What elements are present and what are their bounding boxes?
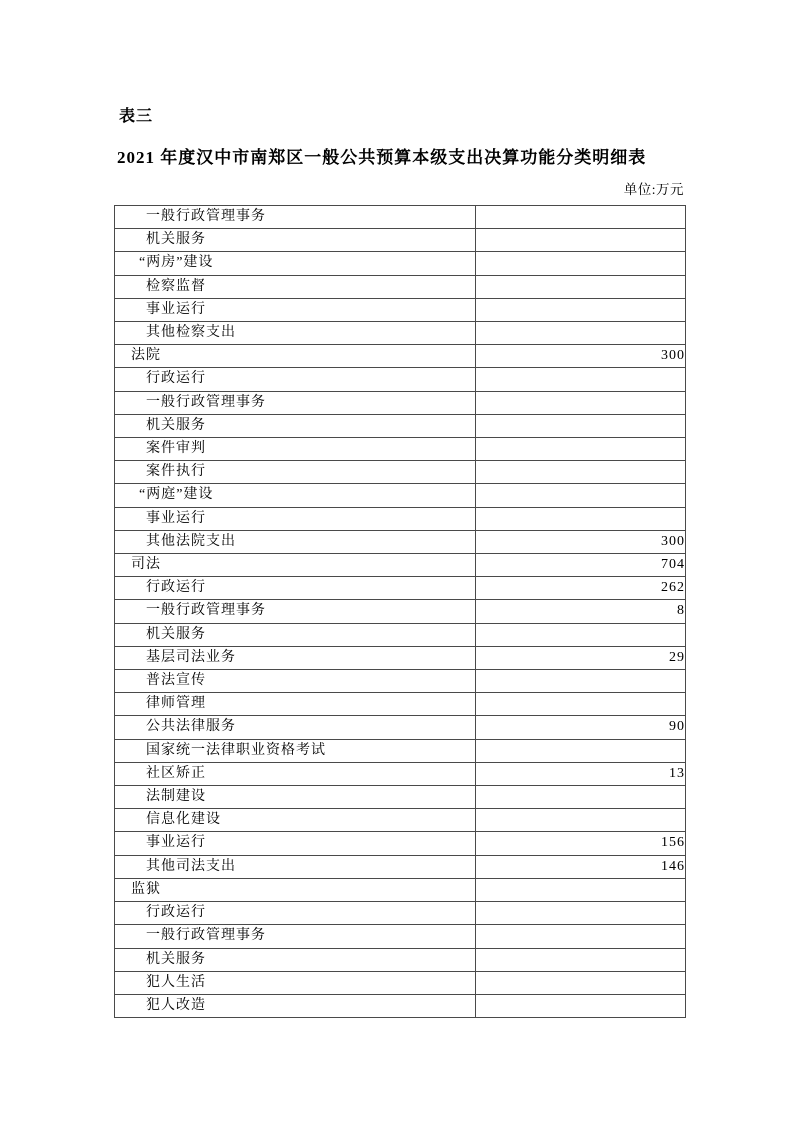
table-row: 机关服务 — [115, 948, 686, 971]
row-label: 犯人生活 — [115, 971, 476, 994]
unit-label: 单位:万元 — [114, 178, 684, 198]
row-value: 8 — [476, 600, 686, 623]
row-value: 300 — [476, 345, 686, 368]
row-value — [476, 484, 686, 507]
row-value — [476, 693, 686, 716]
row-value — [476, 368, 686, 391]
row-label: 普法宣传 — [115, 670, 476, 693]
table-row: 事业运行 — [115, 507, 686, 530]
table-row: 检察监督 — [115, 275, 686, 298]
row-label: 其他检察支出 — [115, 322, 476, 345]
row-label: 机关服务 — [115, 414, 476, 437]
row-label: 信息化建设 — [115, 809, 476, 832]
row-value: 262 — [476, 577, 686, 600]
document-page: 表三 2021 年度汉中市南郑区一般公共预算本级支出决算功能分类明细表 单位:万… — [0, 0, 793, 1122]
row-label: “两庭”建设 — [115, 484, 476, 507]
row-value — [476, 878, 686, 901]
table-row: 案件执行 — [115, 461, 686, 484]
table-row: “两庭”建设 — [115, 484, 686, 507]
row-label: 其他法院支出 — [115, 530, 476, 553]
row-value — [476, 438, 686, 461]
row-label: 案件审判 — [115, 438, 476, 461]
row-value — [476, 391, 686, 414]
table-row: 行政运行 — [115, 902, 686, 925]
row-label: 社区矫正 — [115, 762, 476, 785]
row-value — [476, 809, 686, 832]
row-value: 704 — [476, 554, 686, 577]
table-row: 法院300 — [115, 345, 686, 368]
table-row: 监狱 — [115, 878, 686, 901]
table-row: “两房”建设 — [115, 252, 686, 275]
table-row: 犯人改造 — [115, 994, 686, 1017]
table-number-label: 表三 — [119, 103, 153, 126]
row-label: 检察监督 — [115, 275, 476, 298]
budget-table-body: 一般行政管理事务机关服务“两房”建设检察监督事业运行其他检察支出法院300行政运… — [115, 206, 686, 1018]
row-value — [476, 971, 686, 994]
row-label: 事业运行 — [115, 298, 476, 321]
table-row: 其他司法支出146 — [115, 855, 686, 878]
row-value — [476, 507, 686, 530]
table-row: 信息化建设 — [115, 809, 686, 832]
row-value — [476, 994, 686, 1017]
table-row: 机关服务 — [115, 229, 686, 252]
row-value — [476, 623, 686, 646]
table-row: 案件审判 — [115, 438, 686, 461]
table-row: 犯人生活 — [115, 971, 686, 994]
row-label: 公共法律服务 — [115, 716, 476, 739]
row-label: 机关服务 — [115, 229, 476, 252]
table-row: 其他法院支出300 — [115, 530, 686, 553]
row-label: 事业运行 — [115, 507, 476, 530]
row-label: 基层司法业务 — [115, 646, 476, 669]
row-label: 一般行政管理事务 — [115, 391, 476, 414]
row-value — [476, 414, 686, 437]
row-label: 司法 — [115, 554, 476, 577]
table-row: 机关服务 — [115, 414, 686, 437]
table-row: 事业运行 — [115, 298, 686, 321]
table-row: 其他检察支出 — [115, 322, 686, 345]
row-value — [476, 902, 686, 925]
row-value — [476, 298, 686, 321]
table-row: 一般行政管理事务 — [115, 206, 686, 229]
table-row: 律师管理 — [115, 693, 686, 716]
table-row: 基层司法业务29 — [115, 646, 686, 669]
row-value: 29 — [476, 646, 686, 669]
row-value — [476, 786, 686, 809]
row-label: 一般行政管理事务 — [115, 206, 476, 229]
row-value — [476, 461, 686, 484]
table-row: 一般行政管理事务 — [115, 925, 686, 948]
row-label: 其他司法支出 — [115, 855, 476, 878]
document-title: 2021 年度汉中市南郑区一般公共预算本级支出决算功能分类明细表 — [117, 143, 646, 168]
row-value — [476, 322, 686, 345]
table-row: 公共法律服务90 — [115, 716, 686, 739]
table-row: 社区矫正13 — [115, 762, 686, 785]
table-row: 法制建设 — [115, 786, 686, 809]
row-label: 法制建设 — [115, 786, 476, 809]
row-value: 146 — [476, 855, 686, 878]
row-label: 行政运行 — [115, 902, 476, 925]
row-label: 国家统一法律职业资格考试 — [115, 739, 476, 762]
row-value — [476, 925, 686, 948]
row-value — [476, 739, 686, 762]
table-row: 普法宣传 — [115, 670, 686, 693]
table-row: 行政运行262 — [115, 577, 686, 600]
row-value — [476, 670, 686, 693]
row-label: 案件执行 — [115, 461, 476, 484]
table-row: 机关服务 — [115, 623, 686, 646]
row-value: 90 — [476, 716, 686, 739]
row-label: 一般行政管理事务 — [115, 925, 476, 948]
row-value — [476, 206, 686, 229]
row-label: 机关服务 — [115, 623, 476, 646]
table-row: 国家统一法律职业资格考试 — [115, 739, 686, 762]
row-value — [476, 948, 686, 971]
row-label: 法院 — [115, 345, 476, 368]
row-label: 机关服务 — [115, 948, 476, 971]
table-row: 司法704 — [115, 554, 686, 577]
table-row: 一般行政管理事务 — [115, 391, 686, 414]
row-value: 156 — [476, 832, 686, 855]
row-value — [476, 229, 686, 252]
row-label: 行政运行 — [115, 577, 476, 600]
table-row: 行政运行 — [115, 368, 686, 391]
row-label: 行政运行 — [115, 368, 476, 391]
row-label: 监狱 — [115, 878, 476, 901]
row-label: 一般行政管理事务 — [115, 600, 476, 623]
row-value — [476, 252, 686, 275]
row-label: 律师管理 — [115, 693, 476, 716]
budget-table: 一般行政管理事务机关服务“两房”建设检察监督事业运行其他检察支出法院300行政运… — [114, 205, 686, 1018]
row-value — [476, 275, 686, 298]
row-value: 300 — [476, 530, 686, 553]
row-label: 事业运行 — [115, 832, 476, 855]
row-label: “两房”建设 — [115, 252, 476, 275]
table-row: 一般行政管理事务8 — [115, 600, 686, 623]
row-label: 犯人改造 — [115, 994, 476, 1017]
row-value: 13 — [476, 762, 686, 785]
table-row: 事业运行156 — [115, 832, 686, 855]
